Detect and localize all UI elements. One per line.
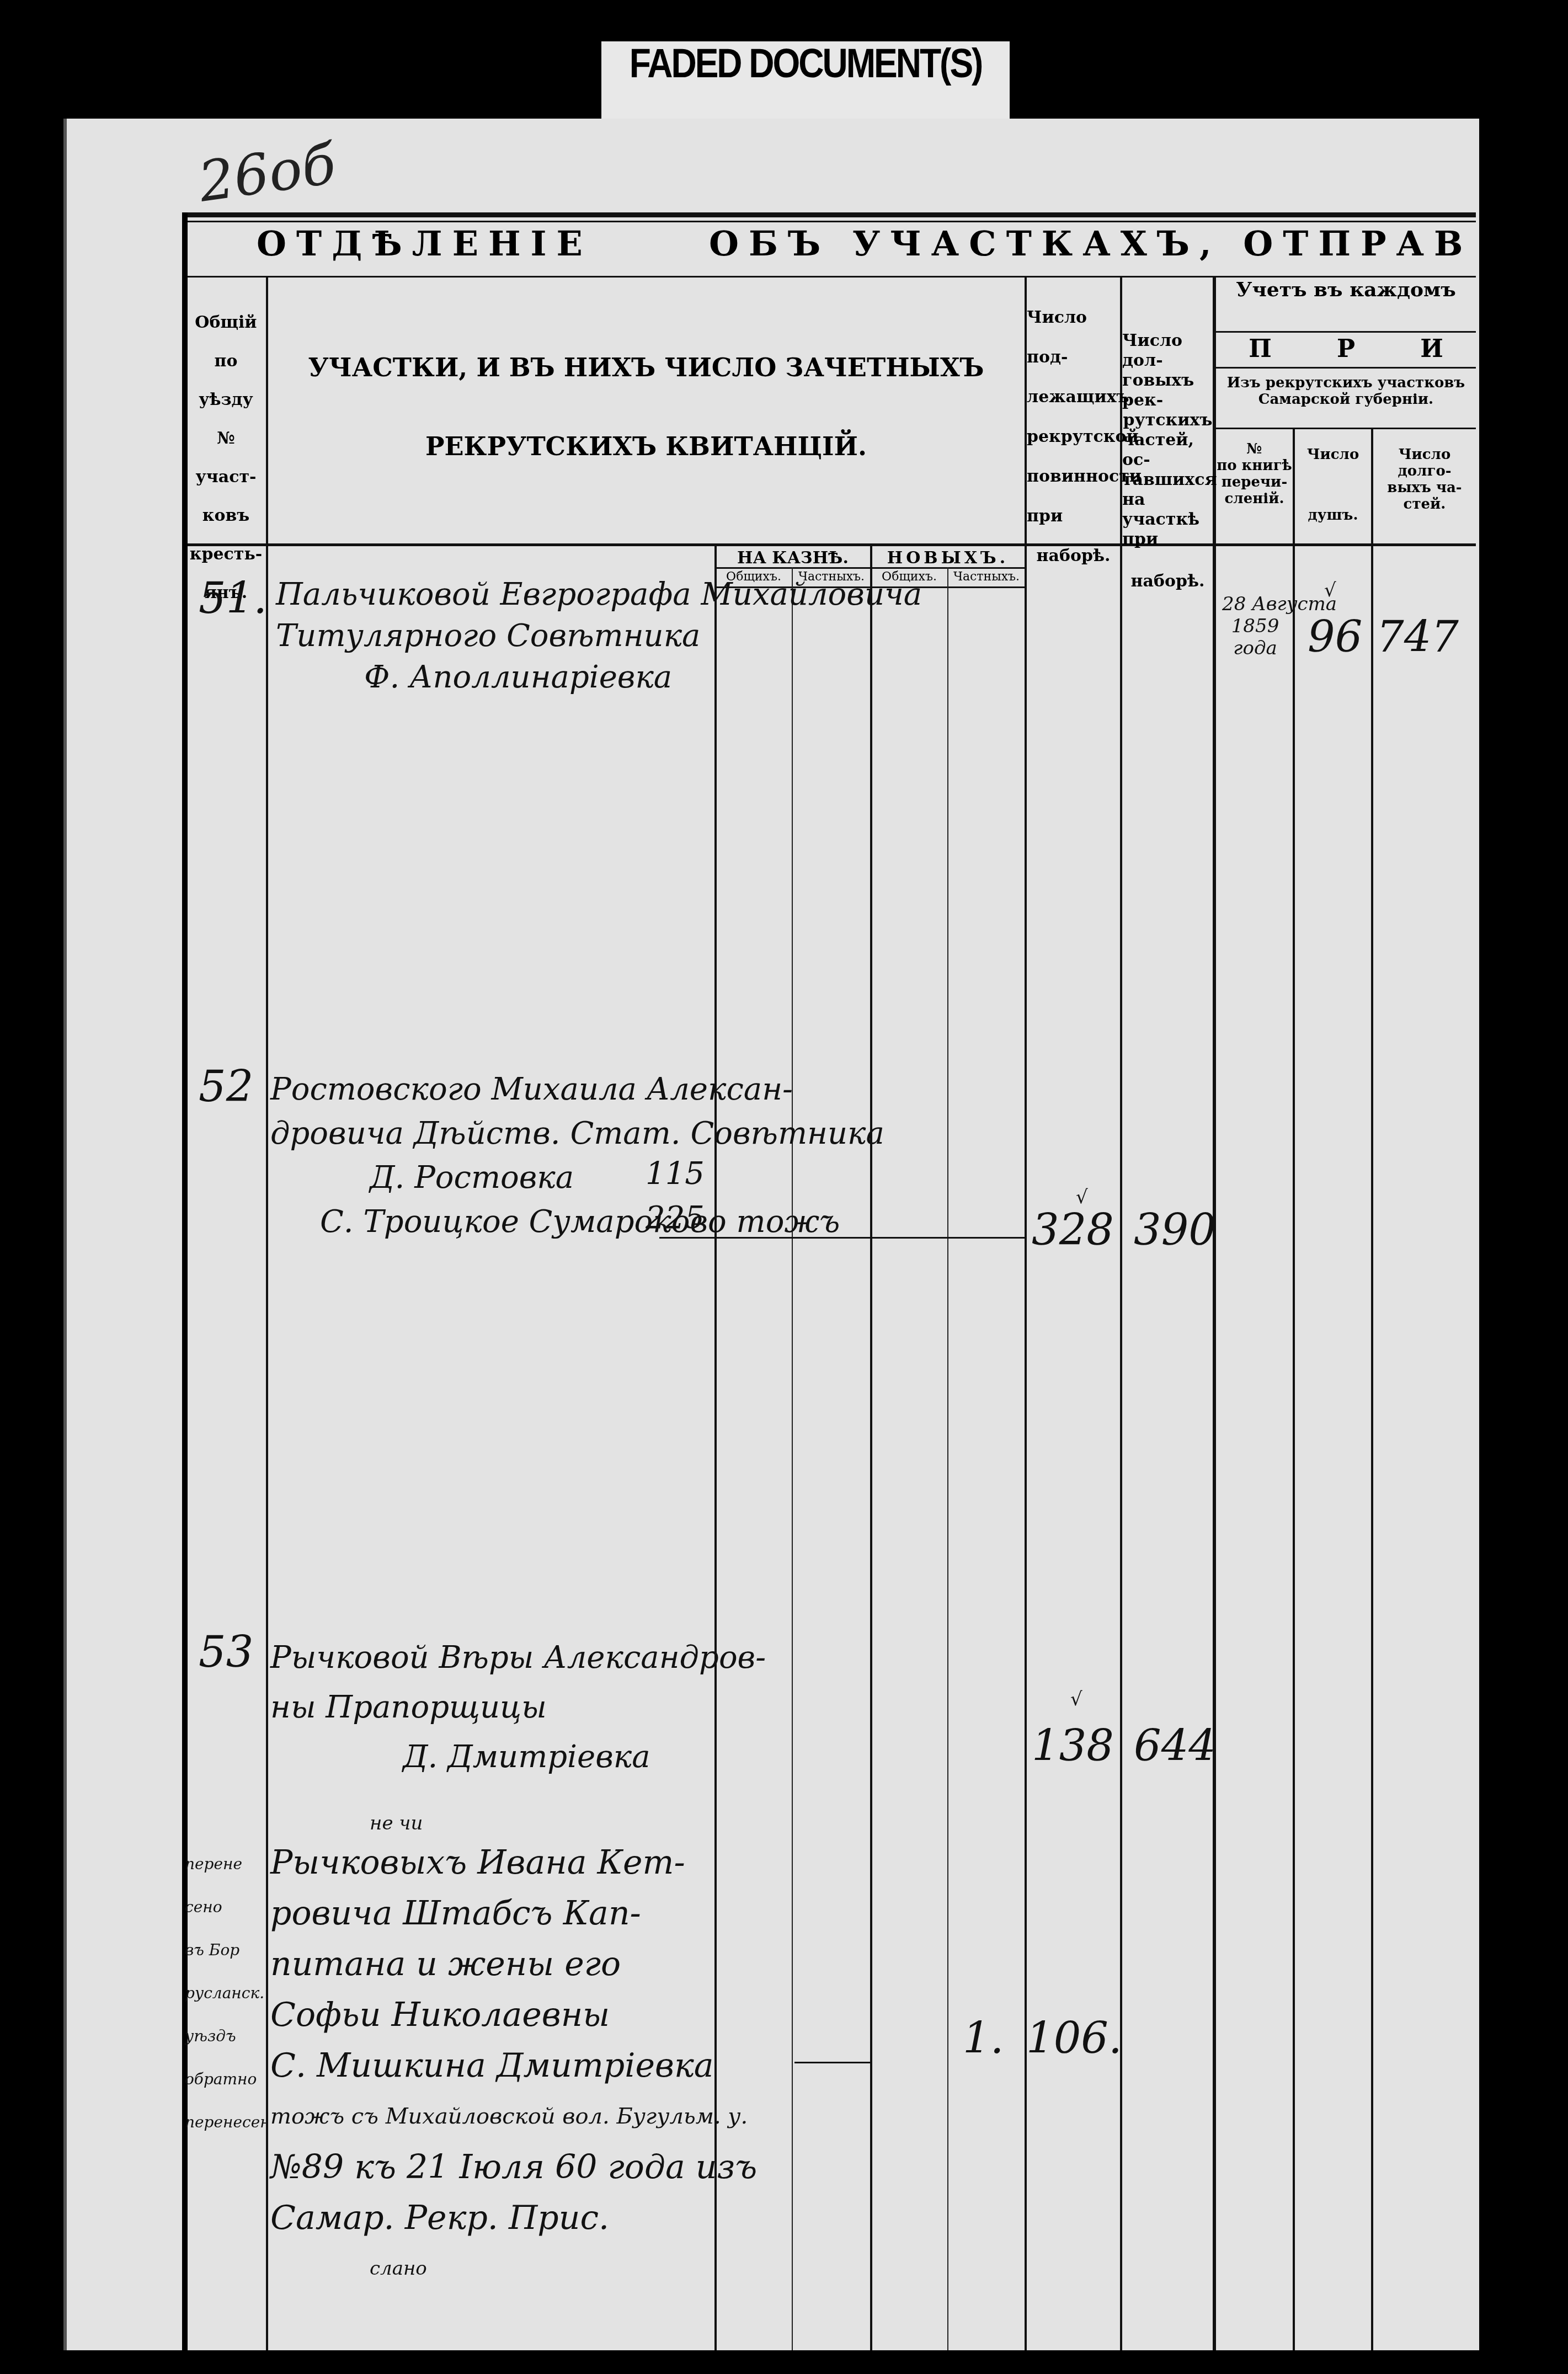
header-line: Число [1373,447,1476,463]
section-title-left: ОТДѢЛЕНІЕ [257,223,593,264]
pri-letter: Р [1337,335,1355,364]
margin-line: русланск. [185,1972,266,2015]
entry-53-number: 53 [199,1628,253,1677]
date-line: года [1222,637,1288,659]
entry-line: питана и жены его [270,1939,757,1989]
entry-52-text: Ростовского Михаила Алексан- дровича Дѣй… [270,1068,884,1244]
entry-51-number: 51. [199,574,267,623]
header-line: РЕКРУТСКИХЪ КВИТАНЦІЙ. [268,432,1024,461]
entry-line: Титулярного Совѣтника [276,615,922,657]
entry-line: Ростовского Михаила Алексан- [270,1068,884,1112]
header-line: Число под- [1027,298,1120,377]
transfer-insert-above: не чи [370,1812,423,1834]
header-line: по уѣзду [186,342,266,419]
subheader-chastnykh-2: Частныхъ. [948,570,1025,584]
entry-52-side-num-1: 115 [646,1156,705,1192]
group-header-samara: Изъ рекрутскихъ участковъ Самарской губе… [1216,375,1476,408]
entry-line: слано [270,2243,757,2294]
entry-line: тожъ съ Михайловской вол. Бугульм. у. [270,2091,757,2142]
col-divider-3 [870,545,872,2350]
header-line: ковъ [186,497,266,535]
entry-line: ны Прапорщицы [270,1683,766,1732]
group-header-pri: П Р И [1216,335,1476,364]
faded-banner-label: FADED DOCUMENT(S) [607,40,1004,87]
entry-line: Рычковой Вѣры Александров- [270,1633,766,1683]
header-line: долго- [1373,463,1476,480]
entry-line: Пальчиковой Евгрографа Михайловича [276,574,922,615]
header-districts-receipts: УЧАСТКИ, И ВЪ НИХЪ ЧИСЛО ЗАЧЕТНЫХЪ РЕКРУ… [268,353,1024,461]
header-line: повинности [1027,457,1120,497]
pri-letter: И [1420,335,1443,364]
subheader-na-kazne: НА КАЗНѢ. [716,549,870,568]
col-divider-8 [1371,428,1373,2350]
entry-line: №89 къ 21 Іюля 60 года изъ [270,2142,757,2192]
entry-line: Ф. Аполлинаріевка [276,657,922,698]
group-rule-1 [1214,331,1476,333]
header-line: лежащихъ [1027,377,1120,417]
header-line: Изъ рекрутскихъ участковъ [1216,375,1476,392]
header-debt-parts-remaining: Число дол- говыхъ рек- рутскихъ частей, … [1122,331,1213,591]
group-col-souls: Число душъ. [1295,447,1371,524]
entry-line: Рычковыхъ Ивана Кет- [270,1837,757,1888]
entry-line: С. Мишкина Дмитріевка [270,2040,757,2091]
entry-52-number: 52 [199,1062,253,1112]
transfer-underline [794,2062,872,2063]
header-line: кресть- [186,535,266,574]
entry-52-check: √ [1076,1186,1088,1208]
header-line: на участкѣ [1122,490,1213,530]
top-rule-thin [185,221,1476,222]
header-rule [185,276,1476,278]
header-line: при [1027,497,1120,536]
header-line: Число [1295,447,1371,463]
margin-line: перенесена. [185,2101,266,2144]
entry-52-liable: 328 [1032,1205,1114,1255]
group-rule-2 [1214,367,1476,369]
date-line: 28 Августа [1222,593,1288,615]
header-line: Число дол- [1122,331,1213,371]
header-line: перечи- [1216,474,1293,491]
header-district-number: Общій по уѣзду № участ- ковъ кресть- янъ… [186,303,266,612]
margin-line: перене [185,1843,266,1886]
col-divider-novykh [947,567,948,2350]
top-rule [185,212,1476,217]
group-col-book-no: № по книгѣ перечи- сленій. [1216,441,1293,508]
entry-51-check: √ [1324,579,1336,601]
margin-line: уѣздъ [185,2015,266,2058]
entry-51-debt-parts: 747 [1377,612,1459,662]
header-line: № участ- [186,419,266,497]
entry-line: Д. Ростовка [270,1156,884,1200]
group-header-top: Учетъ въ каждомъ [1216,279,1476,301]
transfer-entry-text: Рычковыхъ Ивана Кет- ровича Штабсъ Кап- … [270,1837,757,2294]
transfer-debt-remaining: 106. [1026,2014,1122,2063]
header-line: говыхъ рек- [1122,371,1213,410]
entry-51-text: Пальчиковой Евгрографа Михайловича Титул… [276,574,922,698]
header-line: стей. [1373,497,1476,513]
header-line: тавшихся [1122,470,1213,490]
margin-line: въ Бор [185,1929,266,1972]
header-line: душъ. [1295,508,1371,524]
entry-52-debt-remaining: 390 [1134,1205,1216,1255]
margin-line: обратно [185,2058,266,2101]
header-line: УЧАСТКИ, И ВЪ НИХЪ ЧИСЛО ЗАЧЕТНЫХЪ [268,353,1024,382]
group-col-debt-parts: Число долго- выхъ ча- стей. [1373,447,1476,513]
header-line: рутскихъ [1122,410,1213,430]
header-line: при [1122,530,1213,550]
section-title-right: ОБЪ УЧАСТКАХЪ, ОТПРАВ [709,223,1473,264]
entry-53-liable: 138 [1032,1721,1114,1771]
header-line: рекрутской [1027,417,1120,457]
entry-53-debt-remaining: 644 [1134,1721,1216,1771]
header-line: сленій. [1216,491,1293,508]
header-line: выхъ ча- [1373,480,1476,497]
header-line: Общій [186,303,266,342]
header-line: частей, ос- [1122,430,1213,470]
header-line: Самарской губерніи. [1216,392,1476,408]
transfer-margin-note: перене сено въ Бор русланск. уѣздъ обрат… [185,1843,266,2144]
header-line: № [1216,441,1293,458]
header-line: наборѣ. [1122,572,1213,591]
transfer-liable: 1. [963,2014,1004,2063]
col-divider-7 [1293,428,1295,2350]
subheader-novykh: НОВЫХЪ. [871,549,1025,568]
entry-line: Самар. Рекр. Прис. [270,2192,757,2243]
entry-52-underline [659,1237,1025,1239]
header-line: наборѣ. [1027,536,1120,576]
col-divider-kazne [792,567,793,2350]
entry-line: Д. Дмитріевка [270,1732,766,1782]
entry-51-date: 28 Августа 1859 года [1222,593,1288,659]
header-bottom-rule [185,543,1476,546]
margin-line: сено [185,1886,266,1929]
date-line: 1859 [1222,615,1288,637]
entry-line: ровича Штабсъ Кап- [270,1888,757,1939]
entry-51-souls: 96 [1308,612,1362,662]
entry-line: дровича Дѣйств. Стат. Совѣтника [270,1112,884,1156]
entry-52-side-num-2: 225 [646,1200,705,1236]
entry-line: Софьи Николаевны [270,1989,757,2040]
header-line: по книгѣ [1216,458,1293,474]
group-rule-3 [1214,428,1476,429]
pri-letter: П [1249,335,1272,364]
header-liable-count: Число под- лежащихъ рекрутской повинност… [1027,298,1120,576]
entry-53-text: Рычковой Вѣры Александров- ны Прапорщицы… [270,1633,766,1782]
entry-53-check: √ [1070,1688,1082,1710]
